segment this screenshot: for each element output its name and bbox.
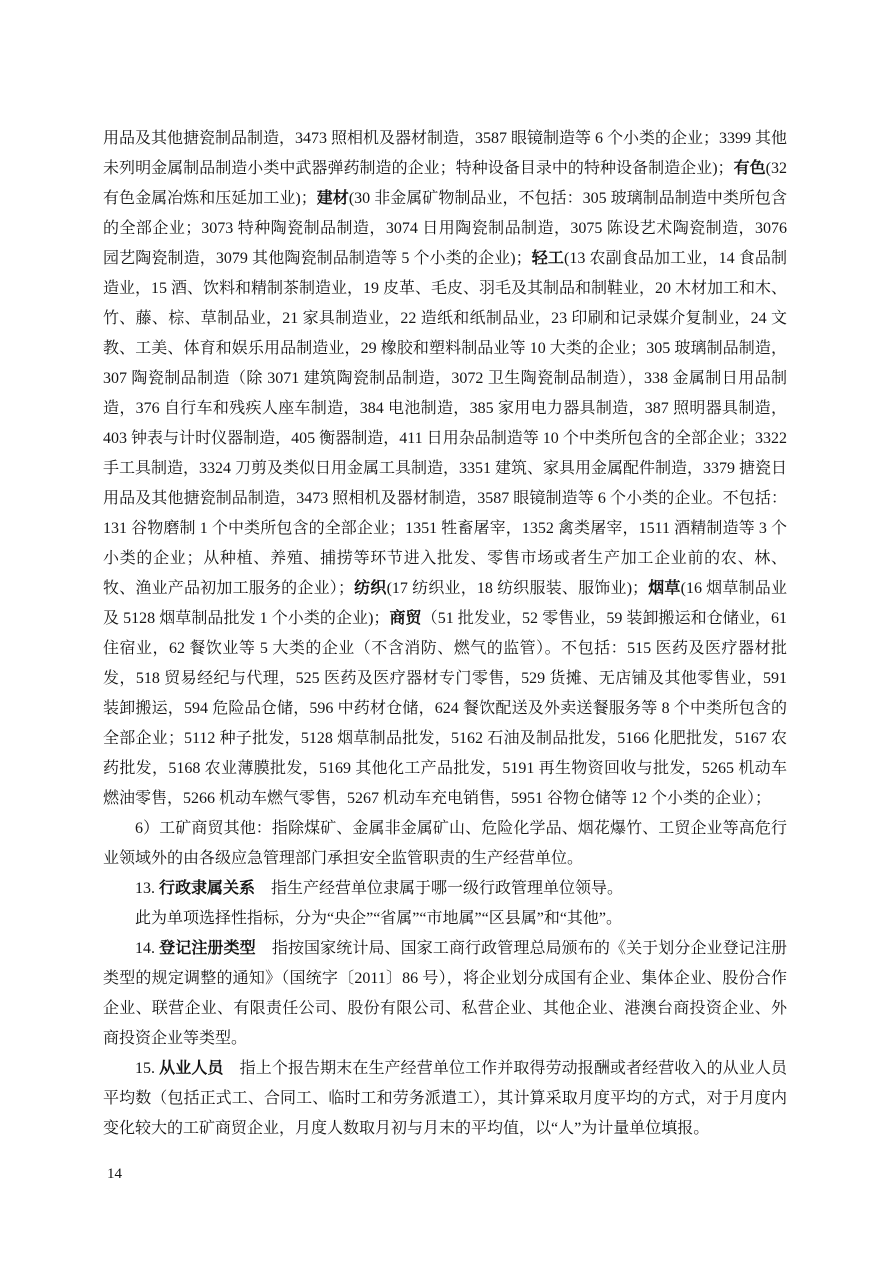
text-run: 13.: [135, 880, 159, 897]
bold-term: 登记注册类型: [159, 940, 256, 957]
text-block: 用品及其他搪瓷制品制造，3473 照相机及器材制造，3587 眼镜制造等 6 个…: [103, 124, 787, 1144]
text-run: 6）工矿商贸其他：指除煤矿、金属非金属矿山、危险化学品、烟花爆竹、工贸企业等高危…: [103, 820, 787, 867]
text-run: 指生产经营单位隶属于哪一级行政管理单位领导。: [255, 880, 623, 897]
bold-term: 有色: [734, 160, 766, 177]
text-run: 15.: [135, 1060, 159, 1077]
bold-term: 从业人员: [159, 1060, 223, 1077]
paragraph: 此为单项选择性指标，分为“央企”“省属”“市地属”“区县属”和“其他”。: [103, 904, 787, 934]
text-run: (17 纺织业，18 纺织服装、服饰业)；: [387, 580, 648, 597]
paragraph: 用品及其他搪瓷制品制造，3473 照相机及器材制造，3587 眼镜制造等 6 个…: [103, 124, 787, 814]
paragraph: 6）工矿商贸其他：指除煤矿、金属非金属矿山、危险化学品、烟花爆竹、工贸企业等高危…: [103, 814, 787, 874]
text-run: 用品及其他搪瓷制品制造，3473 照相机及器材制造，3587 眼镜制造等 6 个…: [103, 130, 787, 177]
page-number: 14: [107, 1164, 122, 1184]
paragraph: 15. 从业人员 指上个报告期末在生产经营单位工作并取得劳动报酬或者经营收入的从…: [103, 1054, 787, 1144]
bold-term: 建材: [317, 190, 349, 207]
text-run: 14.: [135, 940, 159, 957]
text-run: 此为单项选择性指标，分为“央企”“省属”“市地属”“区县属”和“其他”。: [135, 910, 622, 927]
text-run: (13 农副食品加工业，14 食品制造业，15 酒、饮料和精制茶制造业，19 皮…: [103, 250, 787, 597]
bold-term: 烟草: [648, 580, 681, 597]
document-page: 用品及其他搪瓷制品制造，3473 照相机及器材制造，3587 眼镜制造等 6 个…: [0, 0, 893, 1263]
bold-term: 纺织: [354, 580, 387, 597]
bold-term: 行政隶属关系: [159, 880, 255, 897]
text-run: （51 批发业，52 零售业，59 装卸搬运和仓储业，61 住宿业，62 餐饮业…: [103, 610, 787, 807]
bold-term: 商贸: [389, 610, 421, 627]
bold-term: 轻工: [532, 250, 564, 267]
paragraph: 13. 行政隶属关系 指生产经营单位隶属于哪一级行政管理单位领导。: [103, 874, 787, 904]
paragraph: 14. 登记注册类型 指按国家统计局、国家工商行政管理总局颁布的《关于划分企业登…: [103, 934, 787, 1054]
